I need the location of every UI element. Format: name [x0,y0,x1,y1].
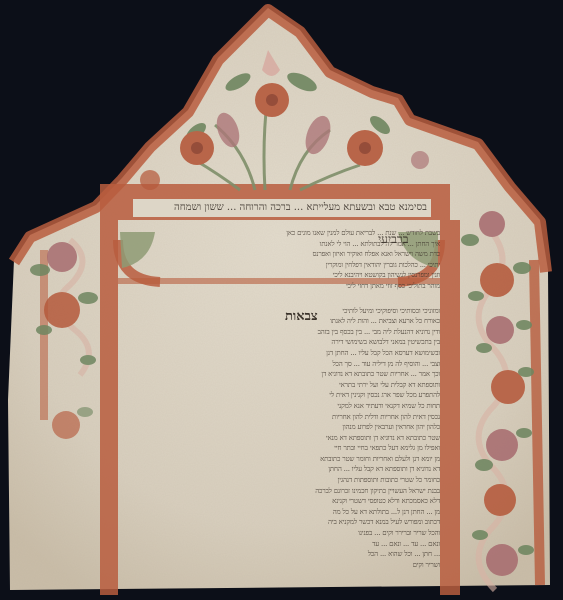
text-line: דכתוב ומפורש לעיל במנא דכשר למקניא ביה [118,517,440,528]
text-line: בין בתכשיטין במאני דלבושא בשימושי דירה [118,337,440,348]
text-line: ואפילו מן גלימא דעל כתפאי בחיי ובתר חיי [118,443,440,454]
text-line: ותוספתא דא קבלית עלי ועל ירתי בתראי [118,380,440,391]
manuscript-photo: בסימנא טבא ובשעתא מעלייתא ... ברכה והרוח… [0,0,563,600]
text-line: ודין נדוניא דהנעלת ליה מבי ... בין בכסף … [118,327,440,338]
text-line: וצבי ... והוסיף לה מן דיליה עוד ... סך ה… [118,359,440,370]
text-line: דלא כאסמכתא ודלא כטופסי דשטרי וקנינא [118,496,440,507]
text-line: איך החתן ... אמר לה לבתולתא ... הוי לי ל… [118,239,440,250]
text-line: כלהון יהון אחראין וערבאין לפרוע מנהון [118,422,440,433]
text-line: בבנת ישראל העשויין כתיקון חכמינו זכרונם … [118,486,440,497]
text-line: וכך אמר ... אחריות שטר כתובתא דא נדוניא … [118,369,440,380]
text-line: ובשימושא דערסא הכל קבל עליו ... החתן דנן [118,348,440,359]
text-line: ושריר וקים [118,560,440,571]
text-line: יתיכי ... כהלכות גוברין יהודאין דפלחין ו… [118,260,440,271]
text-line: והכל שריר וברירר וקים ... בפנינו [118,528,440,539]
text-line: כחומר כל שטרי כתובות ותוספתות דנהגין [118,475,440,486]
text-line: ... חתן ... וכל שהוא ... הכל [118,549,440,560]
contract-body-text: בשבת לחודש ... שנת ... לבריאת עולם למנין… [118,228,440,590]
header-band-text: בסימנא טבא ובשעתא מעלייתא ... ברכה והרוח… [137,201,427,215]
text-line: כאורח כל ארעא וצביאת ... והות ליה לאנתו [118,316,440,327]
text-line: דא נדוניא דן ותוספתא דא קבל עליו ... החת… [118,464,440,475]
text-line: מוהר בתוליכי כסף זוזי מאתן דחזי ליכי [118,281,440,292]
text-line: כדת משה וישראל ואנא אפלח ואוקיר ואיזון ו… [118,249,440,260]
text-line: שטר כתובתא דא נדוניא דן ותוספתא דא מנאי [118,433,440,444]
text-line: מן יומא דנן ולעלם ואחריות וחומר שטר כתוב… [118,454,440,465]
text-line: וזנין ומפרנסין לנשיהון בקושטא ויהיבנא לי… [118,270,440,281]
text-line: מן ... החתן דנן ל... בתולתא דא על כל מה [118,507,440,518]
text-line: נכסין דאית להון אחריות ודלית להון אחריות [118,412,440,423]
text-line: להתפרע מכל שפר ארג נכסין וקנינין דאית לי [118,390,440,401]
text-line: בשבת לחודש ... שנת ... לבריאת עולם למנין… [118,228,440,239]
text-line: תחות כל שמיא דקנאי ודעתיד אנא למקני [118,401,440,412]
text-line: ומזוניכי וכסותיכי וסיפוקיכי ומיעל לותיכי [118,306,440,317]
text-line: ונאם ... עד ... ונאם ... עד [118,539,440,550]
